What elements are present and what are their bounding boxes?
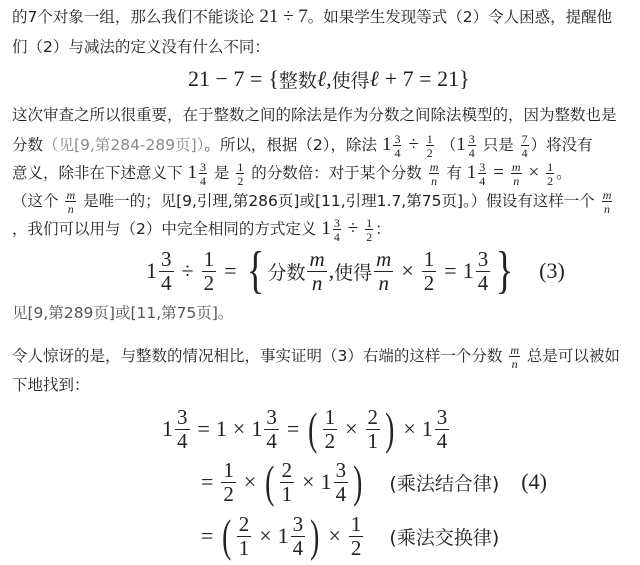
denominator: n xyxy=(431,174,437,187)
numerator: 2 xyxy=(366,407,381,430)
numerator: 3 xyxy=(393,133,401,146)
denominator: 4 xyxy=(293,537,304,559)
fraction-m-n: mn xyxy=(374,249,393,294)
paren-close: ) xyxy=(353,459,362,505)
paren-open: ( xyxy=(265,459,274,505)
numerator: m xyxy=(511,161,522,174)
math: 1 xyxy=(251,416,262,442)
numerator: m xyxy=(307,249,326,272)
text: 的7个对象一组，那么我们不能谈论 xyxy=(12,8,254,26)
math-text: + 7 = 21 xyxy=(385,66,459,92)
fraction-7-4: 74 xyxy=(521,133,529,159)
numerator: 3 xyxy=(333,217,341,230)
paragraph-3-line-1: 令人惊讶的是，与整数的情况相比，事实证明（3）右端的这样一个分数 mn 总是可以… xyxy=(12,342,620,370)
math-var: ℓ xyxy=(370,66,379,92)
fraction-m-n: mn xyxy=(65,189,76,215)
paren-close: ) xyxy=(385,406,394,452)
text: 是唯一的；见[9,引理,第286页]或[11,引理1.7,第75页]。）假设有这… xyxy=(83,192,595,210)
math: 1 xyxy=(162,416,173,442)
fraction-3-4: 34 xyxy=(393,133,401,159)
paragraph-2-line-4: （这个 mn 是唯一的；见[9,引理,第286页]或[11,引理1.7,第75页… xyxy=(12,186,614,216)
text: 。如果学生发现等式（2）令人困惑，提醒他 xyxy=(308,8,612,26)
fraction-1-2: 12 xyxy=(221,460,236,505)
denominator: n xyxy=(379,272,390,294)
denominator: 4 xyxy=(336,483,347,505)
fraction-2-1: 21 xyxy=(280,460,295,505)
reference-line: 见[9,第289页]或[11,第75页]。 xyxy=(12,302,233,324)
numerator: m xyxy=(429,161,440,174)
numerator: 3 xyxy=(476,249,491,272)
brace-close: } xyxy=(496,245,513,297)
math-op: × xyxy=(345,416,357,442)
denominator: 4 xyxy=(522,146,528,159)
denominator: 2 xyxy=(351,537,362,559)
fraction-1-2: 12 xyxy=(349,514,364,559)
inline-math-21-div-7: 21 ÷ 7 xyxy=(259,6,307,27)
fraction-3-4: 34 xyxy=(199,161,207,187)
equation-4-row-2: = 12 × ( 21 × 134 ) (乘法结合律) (4) xyxy=(195,458,547,506)
denominator: 4 xyxy=(479,174,485,187)
numerator: 3 xyxy=(334,460,349,483)
equation-4-row-1: 134 = 1 × 134 = ( 12 × 21 ) × 134 xyxy=(162,405,451,453)
math: 1 xyxy=(463,258,474,284)
fraction-m-n: mn xyxy=(509,344,520,370)
math: 1 xyxy=(467,162,477,183)
numerator: 1 xyxy=(349,514,364,537)
numerator: 1 xyxy=(202,249,217,272)
numerator: 1 xyxy=(546,161,554,174)
denominator: 4 xyxy=(177,430,188,452)
fraction-3-4: 34 xyxy=(264,407,279,452)
paragraph-2-line-1: 这次审查之所以很重要，在于整数之间的除法是作为分数之间除法模型的，因为整数也是 xyxy=(12,104,617,126)
paragraph-3-line-2: 下地找到： xyxy=(12,374,90,396)
denominator: 2 xyxy=(237,174,243,187)
numerator: 3 xyxy=(468,133,476,146)
equation-subtraction-definition: 21 − 7 = { 整数 ℓ , 使得 ℓ + 7 = 21 } xyxy=(188,64,470,94)
text: ）将没有 xyxy=(531,136,593,154)
math-op: = xyxy=(287,416,299,442)
fraction-3-4: 34 xyxy=(476,249,491,294)
text: 有 xyxy=(446,164,462,182)
math-op: = xyxy=(444,258,456,284)
math-op: × xyxy=(329,523,341,549)
math-op: = xyxy=(224,258,236,284)
fraction-m-n: mn xyxy=(511,161,522,187)
math-op: × xyxy=(401,258,413,284)
numerator: 1 xyxy=(422,249,437,272)
math: 1 xyxy=(321,218,331,239)
denominator: n xyxy=(513,174,519,187)
fraction-1-2: 12 xyxy=(546,161,554,187)
fraction-3-4: 34 xyxy=(435,407,450,452)
fraction-3-4: 34 xyxy=(333,217,341,243)
fraction-m-n: mn xyxy=(602,189,613,215)
paren-open: ( xyxy=(222,513,231,559)
denominator: n xyxy=(512,357,518,370)
numerator: m xyxy=(374,249,393,272)
numerator: m xyxy=(65,189,76,202)
denominator: 2 xyxy=(204,272,215,294)
fraction-2-1: 21 xyxy=(366,407,381,452)
numerator: 1 xyxy=(221,460,236,483)
paragraph-2-line-5: ，我们可以用与（2）中完全相同的方式定义 134 ÷ 12： xyxy=(12,214,391,244)
math-op: ÷ xyxy=(408,134,418,155)
math-op: × xyxy=(233,416,245,442)
denominator: 2 xyxy=(424,272,435,294)
math-text: 21 − 7 = xyxy=(188,66,262,92)
text: 。 xyxy=(556,164,572,182)
denominator: 4 xyxy=(394,146,400,159)
numerator: 3 xyxy=(159,249,174,272)
text: （ xyxy=(441,136,457,154)
text: 令人惊讶的是，与整数的情况相比，事实证明（3）右端的这样一个分数 xyxy=(12,347,502,365)
math-op: = xyxy=(201,523,213,549)
numerator: 1 xyxy=(236,161,244,174)
text: 的分数倍：对于某个分数 xyxy=(251,164,422,182)
fraction-1-2: 12 xyxy=(236,161,244,187)
math-op: ÷ xyxy=(182,258,194,284)
math-op: × xyxy=(259,523,271,549)
denominator: 4 xyxy=(469,146,475,159)
citation: （见[9,第284-289页]） xyxy=(43,136,204,154)
cjk-such-that: 使得 xyxy=(334,258,372,285)
denominator: 4 xyxy=(334,230,340,243)
math-op: = xyxy=(493,162,504,183)
fraction-2-1: 21 xyxy=(237,514,252,559)
text: 。所以，根据（2），除法 xyxy=(204,136,377,154)
math-op: × xyxy=(302,469,314,495)
denominator: 4 xyxy=(266,430,277,452)
paren-close: ) xyxy=(310,513,319,559)
fraction-1-2: 12 xyxy=(202,249,217,294)
paragraph-2-line-2: 分数（见[9,第284-289页]）。所以，根据（2），除法 134 ÷ 12 … xyxy=(12,130,593,160)
math-op: × xyxy=(403,416,415,442)
paragraph-1-line-2: 们（2）与减法的定义没有什么不同： xyxy=(12,36,270,58)
numerator: 3 xyxy=(291,514,306,537)
math: 1 xyxy=(146,258,157,284)
text: 只是 xyxy=(483,136,514,154)
numerator: 3 xyxy=(478,161,486,174)
denominator: 2 xyxy=(427,146,433,159)
paragraph-1-line-1: 的7个对象一组，那么我们不能谈论 21 ÷ 7。如果学生发现等式（2）令人困惑，… xyxy=(12,6,612,28)
fraction-3-4: 34 xyxy=(159,249,174,294)
text: ，我们可以用与（2）中完全相同的方式定义 xyxy=(12,220,316,238)
denominator: 4 xyxy=(161,272,172,294)
denominator: 1 xyxy=(282,483,293,505)
numerator: 2 xyxy=(280,460,295,483)
fraction-3-4: 34 xyxy=(334,460,349,505)
denominator: n xyxy=(312,272,323,294)
text: 是 xyxy=(214,164,230,182)
numerator: 7 xyxy=(521,133,529,146)
denominator: n xyxy=(68,202,74,215)
fraction-1-2: 12 xyxy=(426,133,434,159)
fraction-m-n: mn xyxy=(307,249,326,294)
numerator: 3 xyxy=(175,407,190,430)
cjk-fraction: 分数 xyxy=(267,258,305,285)
denominator: 4 xyxy=(478,272,489,294)
math-var: ℓ xyxy=(317,66,326,92)
numerator: 1 xyxy=(426,133,434,146)
text: 总是可以被如 xyxy=(527,347,620,365)
math-op: × xyxy=(529,162,540,183)
note-associative-law: (乘法结合律) xyxy=(389,469,499,496)
paren-open: ( xyxy=(308,406,317,452)
math: 1 xyxy=(321,469,332,495)
denominator: 2 xyxy=(547,174,553,187)
denominator: 2 xyxy=(325,430,336,452)
denominator: 1 xyxy=(239,537,250,559)
denominator: n xyxy=(604,202,610,215)
brace-open: { xyxy=(246,245,263,297)
fraction-1-2: 12 xyxy=(323,407,338,452)
denominator: 4 xyxy=(437,430,448,452)
math: 1 xyxy=(216,416,227,442)
fraction-1-2: 12 xyxy=(365,217,373,243)
fraction-1-2: 12 xyxy=(422,249,437,294)
fraction-3-4: 34 xyxy=(468,133,476,159)
fraction-3-4: 34 xyxy=(291,514,306,559)
math: 1 xyxy=(422,416,433,442)
math-op: = xyxy=(201,469,213,495)
equation-3-division-definition: 134 ÷ 12 = { 分数mn,使得mn × 12 = 134 } (3) xyxy=(146,245,565,297)
numerator: 3 xyxy=(199,161,207,174)
text: 意义，除非在下述意义下 xyxy=(12,164,183,182)
equation-number: (4) xyxy=(521,469,547,495)
fraction-3-4: 34 xyxy=(478,161,486,187)
denominator: 2 xyxy=(366,230,372,243)
numerator: 3 xyxy=(435,407,450,430)
paragraph-2-line-3: 意义，除非在下述意义下 134 是 12 的分数倍：对于某个分数 mn 有 13… xyxy=(12,158,572,188)
fraction-3-4: 34 xyxy=(175,407,190,452)
math: 1 xyxy=(382,134,392,155)
text: 分数 xyxy=(12,136,43,154)
denominator: 2 xyxy=(223,483,234,505)
numerator: 1 xyxy=(323,407,338,430)
equation-number: (3) xyxy=(539,258,565,284)
denominator: 1 xyxy=(368,430,379,452)
numerator: 2 xyxy=(237,514,252,537)
math: 1 xyxy=(187,162,197,183)
numerator: 3 xyxy=(264,407,279,430)
note-commutative-law: (乘法交换律) xyxy=(389,523,499,550)
brace-close: } xyxy=(459,66,470,92)
numerator: m xyxy=(509,344,520,357)
cjk-integer: 整数 xyxy=(279,66,317,93)
fraction-m-n: mn xyxy=(429,161,440,187)
cjk-such-that: 使得 xyxy=(332,66,370,93)
math: 1 xyxy=(278,523,289,549)
text: （这个 xyxy=(12,192,59,210)
brace-open: { xyxy=(268,66,279,92)
math-op: × xyxy=(244,469,256,495)
equation-4-row-3: = ( 21 × 134 ) × 12 (乘法交换律) xyxy=(195,512,499,560)
math-op: = xyxy=(198,416,210,442)
math-op: ÷ xyxy=(348,218,358,239)
denominator: 4 xyxy=(200,174,206,187)
text: ： xyxy=(375,220,391,238)
numerator: m xyxy=(602,189,613,202)
math: 1 xyxy=(456,134,466,155)
numerator: 1 xyxy=(365,217,373,230)
